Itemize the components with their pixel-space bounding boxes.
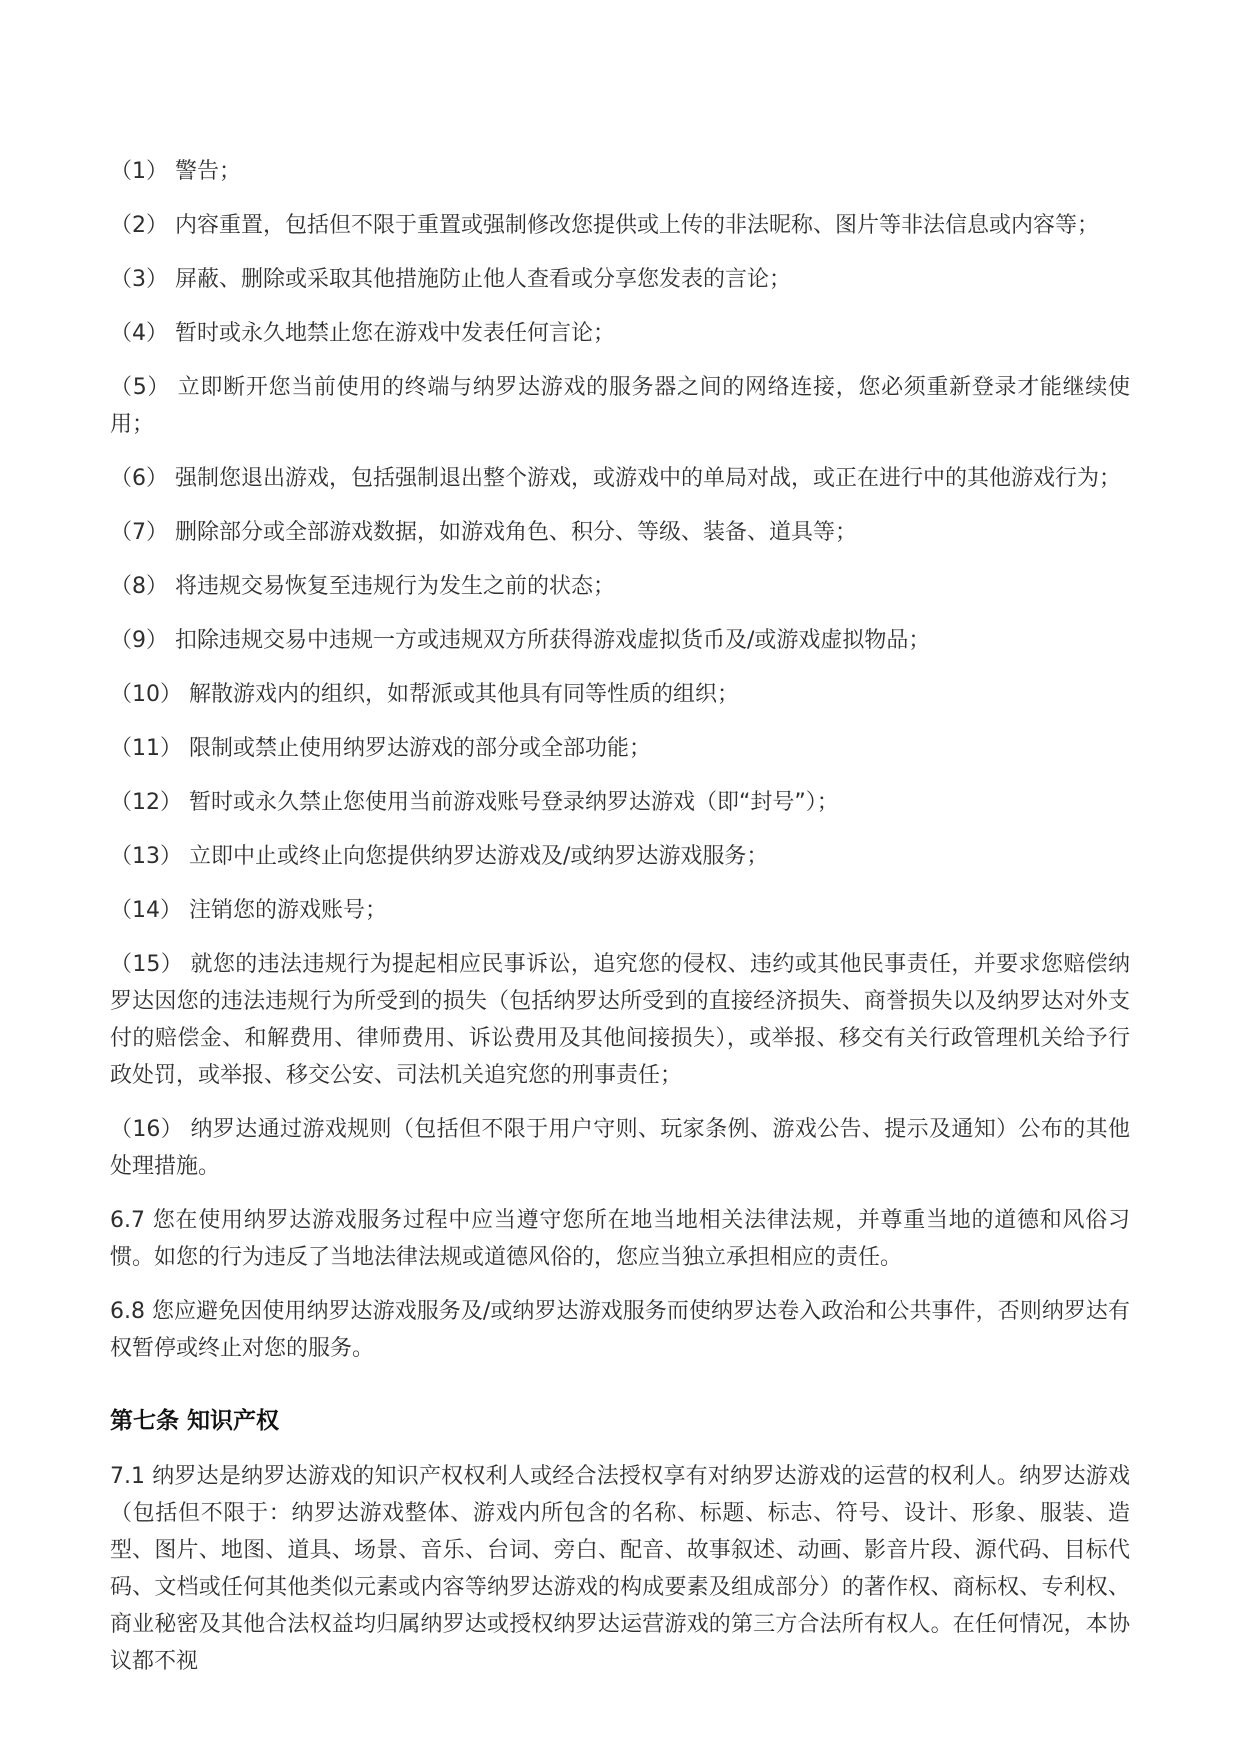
list-item-11: （11） 限制或禁止使用纳罗达游戏的部分或全部功能；: [110, 730, 1130, 767]
clause-7-1: 7.1 纳罗达是纳罗达游戏的知识产权权利人或经合法授权享有对纳罗达游戏的运营的权…: [110, 1458, 1130, 1680]
list-item-9: （9） 扣除违规交易中违规一方或违规双方所获得游戏虚拟货币及/或游戏虚拟物品；: [110, 622, 1130, 659]
clause-6-8: 6.8 您应避免因使用纳罗达游戏服务及/或纳罗达游戏服务而使纳罗达卷入政治和公共…: [110, 1293, 1130, 1367]
list-item-2: （2） 内容重置，包括但不限于重置或强制修改您提供或上传的非法昵称、图片等非法信…: [110, 207, 1130, 244]
list-item-10: （10） 解散游戏内的组织，如帮派或其他具有同等性质的组织；: [110, 676, 1130, 713]
list-item-6: （6） 强制您退出游戏，包括强制退出整个游戏，或游戏中的单局对战，或正在进行中的…: [110, 460, 1130, 497]
list-item-13: （13） 立即中止或终止向您提供纳罗达游戏及/或纳罗达游戏服务；: [110, 838, 1130, 875]
list-item-5: （5） 立即断开您当前使用的终端与纳罗达游戏的服务器之间的网络连接，您必须重新登…: [110, 369, 1130, 443]
list-item-14: （14） 注销您的游戏账号；: [110, 892, 1130, 929]
list-item-1: （1） 警告；: [110, 153, 1130, 190]
list-item-4: （4） 暂时或永久地禁止您在游戏中发表任何言论；: [110, 315, 1130, 352]
list-item-3: （3） 屏蔽、删除或采取其他措施防止他人查看或分享您发表的言论；: [110, 261, 1130, 298]
clause-6-7: 6.7 您在使用纳罗达游戏服务过程中应当遵守您所在地当地相关法律法规，并尊重当地…: [110, 1202, 1130, 1276]
list-item-12: （12） 暂时或永久禁止您使用当前游戏账号登录纳罗达游戏（即“封号”）；: [110, 784, 1130, 821]
list-item-15: （15） 就您的违法违规行为提起相应民事诉讼，追究您的侵权、违约或其他民事责任，…: [110, 946, 1130, 1094]
list-item-8: （8） 将违规交易恢复至违规行为发生之前的状态；: [110, 568, 1130, 605]
list-item-16: （16） 纳罗达通过游戏规则（包括但不限于用户守则、玩家条例、游戏公告、提示及通…: [110, 1111, 1130, 1185]
list-item-7: （7） 删除部分或全部游戏数据，如游戏角色、积分、等级、装备、道具等；: [110, 514, 1130, 551]
document-page: （1） 警告； （2） 内容重置，包括但不限于重置或强制修改您提供或上传的非法昵…: [0, 0, 1240, 1754]
section-heading-chapter-7: 第七条 知识产权: [110, 1403, 1130, 1440]
terms-document-body: （1） 警告； （2） 内容重置，包括但不限于重置或强制修改您提供或上传的非法昵…: [110, 153, 1130, 1680]
